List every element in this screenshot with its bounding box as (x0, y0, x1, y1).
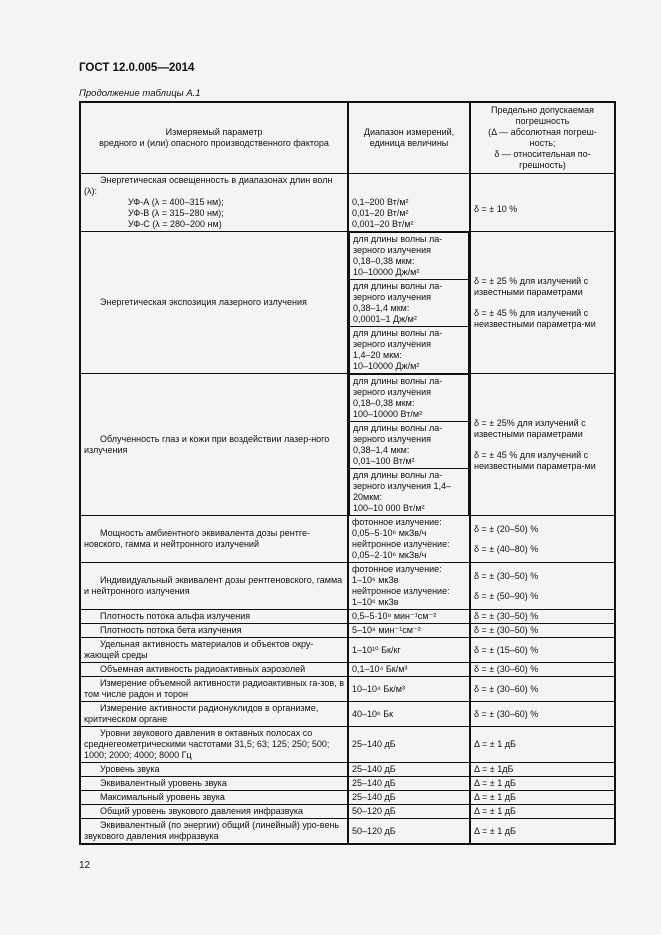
range-cell: 50–120 дБ (348, 819, 470, 845)
error-cell: Δ = ± 1 дБ (470, 727, 615, 763)
range-cell: фотонное излучение: 1–10⁶ мкЗв нейтронно… (348, 563, 470, 610)
error-cell: δ = ± 25 % для излучений с известными па… (470, 232, 615, 374)
range-cell: 25–140 дБ (348, 763, 470, 777)
range-cell: фотонное излучение: 0,05–5·10⁶ мкЗв/ч не… (348, 516, 470, 563)
table-row: Уровень звука 25–140 дБ Δ = ± 1дБ (80, 763, 615, 777)
range-cell: 40–10⁶ Бк (348, 702, 470, 727)
error-cell: δ = ± (15–60) % (470, 638, 615, 663)
error-cell: δ = ± (30–50) % (470, 624, 615, 638)
page-number: 12 (79, 860, 90, 871)
table-row: Плотность потока бета излучения 5–10⁸ ми… (80, 624, 615, 638)
error-cell: Δ = ± 1 дБ (470, 805, 615, 819)
parameter-cell: Эквивалентный уровень звука (80, 777, 348, 791)
table-row: Мощность амбиентного эквивалента дозы ре… (80, 516, 615, 563)
parameter-cell: Измерение активности радионуклидов в орг… (80, 702, 348, 727)
range-cell: 0,1–10⁴ Бк/м³ (348, 663, 470, 677)
error-cell: Δ = ± 1 дБ (470, 819, 615, 845)
header-error: Предельно допускаемая погрешность (Δ — а… (470, 102, 615, 174)
table-row: Энергетическая освещенность в диапазонах… (80, 174, 615, 232)
table-row: Уровни звукового давления в октавных пол… (80, 727, 615, 763)
error-cell: δ = ± (30–60) % (470, 702, 615, 727)
range-cell: для длины волны ла- зерного излучения 0,… (348, 374, 470, 516)
parameter-cell: Измерение объемной активности радиоактив… (80, 677, 348, 702)
parameter-cell: Уровень звука (80, 763, 348, 777)
error-cell: δ = ± (30–60) % (470, 677, 615, 702)
error-cell: δ = ± 10 % (470, 174, 615, 232)
range-cell: 25–140 дБ (348, 777, 470, 791)
parameter-cell: Мощность амбиентного эквивалента дозы ре… (80, 516, 348, 563)
range-cell: 0,5–5·10⁸ мин⁻¹см⁻² (348, 610, 470, 624)
range-cell: 25–140 дБ (348, 727, 470, 763)
parameter-cell: Объемная активность радиоактивных аэрозо… (80, 663, 348, 677)
table-row: Измерение объемной активности радиоактив… (80, 677, 615, 702)
range-cell: 1–10¹⁰ Бк/кг (348, 638, 470, 663)
header-parameter: Измеряемый параметр вредного и (или) опа… (80, 102, 348, 174)
parameter-cell: Уровни звукового давления в октавных пол… (80, 727, 348, 763)
parameter-cell: Энергетическая экспозиция лазерного излу… (80, 232, 348, 374)
error-cell: δ = ± (30–50) % (470, 610, 615, 624)
table-header-row: Измеряемый параметр вредного и (или) опа… (80, 102, 615, 174)
range-cell: 25–140 дБ (348, 791, 470, 805)
table-caption: Продолжение таблицы А.1 (79, 88, 201, 99)
parameter-cell: Максимальный уровень звука (80, 791, 348, 805)
parameter-cell: Удельная активность материалов и объекто… (80, 638, 348, 663)
range-cell: 10–10⁴ Бк/м³ (348, 677, 470, 702)
range-cell: 5–10⁸ мин⁻¹см⁻² (348, 624, 470, 638)
document-title: ГОСТ 12.0.005—2014 (79, 62, 194, 74)
range-cell: 50–120 дБ (348, 805, 470, 819)
table-row: Облученность глаз и кожи при воздействии… (80, 374, 615, 516)
parameter-cell: Энергетическая освещенность в диапазонах… (80, 174, 348, 232)
error-cell: δ = ± 25% для излучений с известными пар… (470, 374, 615, 516)
header-range: Диапазон измерений, единица величины (348, 102, 470, 174)
error-cell: Δ = ± 1 дБ (470, 777, 615, 791)
error-cell: δ = ± (30–60) % (470, 663, 615, 677)
table-row: Объемная активность радиоактивных аэрозо… (80, 663, 615, 677)
range-cell: 0,1–200 Вт/м² 0,01–20 Вт/м² 0,001–20 Вт/… (348, 174, 470, 232)
table-row: Измерение активности радионуклидов в орг… (80, 702, 615, 727)
error-cell: δ = ± (20–50) % δ = ± (40–80) % (470, 516, 615, 563)
error-cell: Δ = ± 1 дБ (470, 791, 615, 805)
parameter-cell: Плотность потока бета излучения (80, 624, 348, 638)
table-row: Энергетическая экспозиция лазерного излу… (80, 232, 615, 374)
parameter-cell: Общий уровень звукового давления инфразв… (80, 805, 348, 819)
measurement-table: Измеряемый параметр вредного и (или) опа… (79, 101, 616, 845)
parameter-cell: Эквивалентный (по энергии) общий (линейн… (80, 819, 348, 845)
parameter-cell: Индивидуальный эквивалент дозы рентгенов… (80, 563, 348, 610)
table-row: Плотность потока альфа излучения 0,5–5·1… (80, 610, 615, 624)
error-cell: Δ = ± 1дБ (470, 763, 615, 777)
error-cell: δ = ± (30–50) % δ = ± (50–90) % (470, 563, 615, 610)
table-row: Общий уровень звукового давления инфразв… (80, 805, 615, 819)
table-row: Индивидуальный эквивалент дозы рентгенов… (80, 563, 615, 610)
table-row: Удельная активность материалов и объекто… (80, 638, 615, 663)
table-row: Максимальный уровень звука 25–140 дБ Δ =… (80, 791, 615, 805)
parameter-cell: Облученность глаз и кожи при воздействии… (80, 374, 348, 516)
table-row: Эквивалентный уровень звука 25–140 дБ Δ … (80, 777, 615, 791)
range-cell: для длины волны ла- зерного излучения 0,… (348, 232, 470, 374)
table-row: Эквивалентный (по энергии) общий (линейн… (80, 819, 615, 845)
parameter-cell: Плотность потока альфа излучения (80, 610, 348, 624)
